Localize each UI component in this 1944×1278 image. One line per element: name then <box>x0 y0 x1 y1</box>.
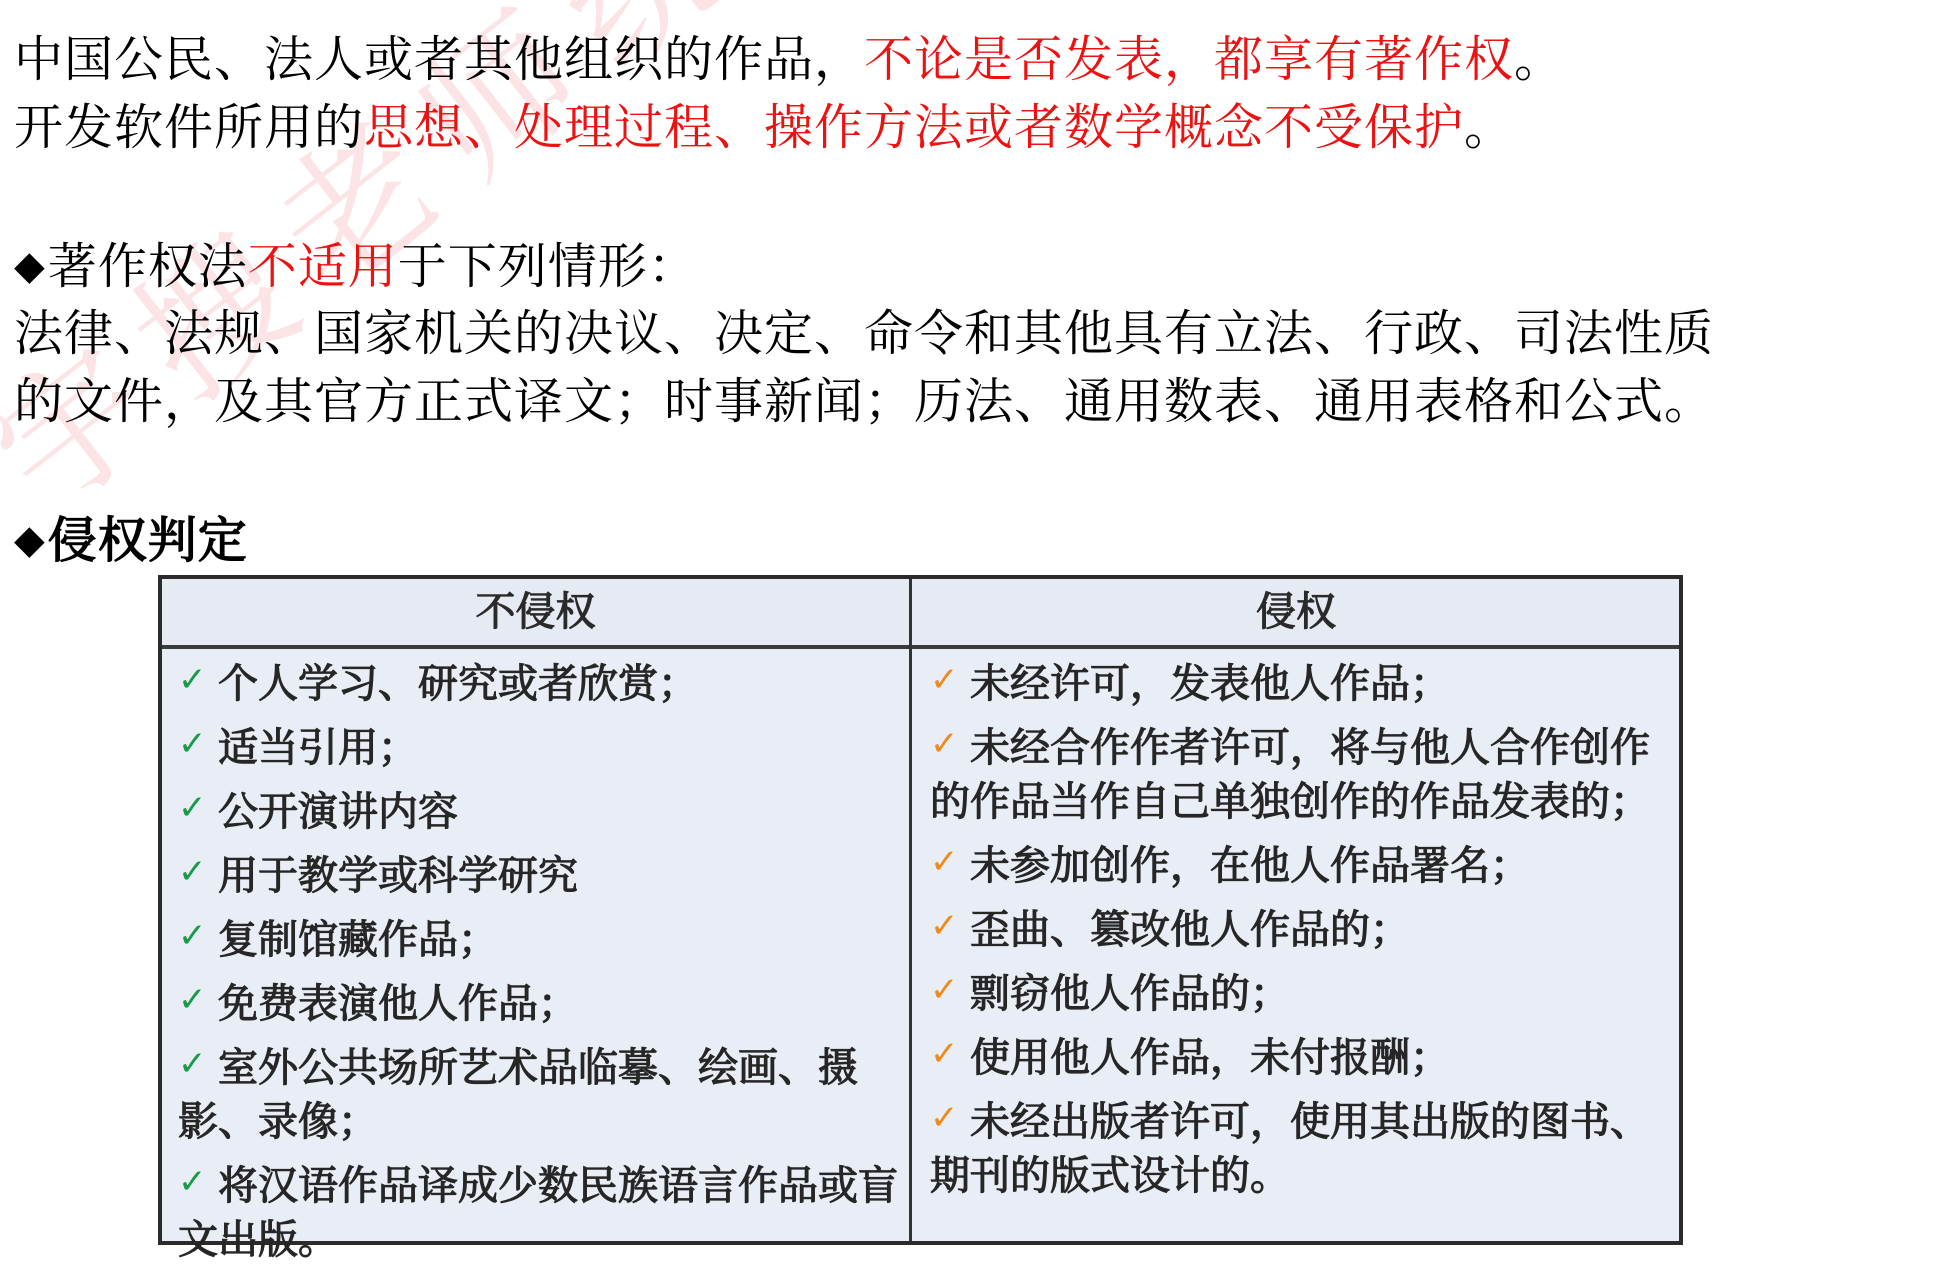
intro-line-2-end: 。 <box>1464 99 1514 156</box>
check-icon: ✓ <box>930 1027 970 1081</box>
list-item: ✓未参加创作，在他人作品署名； <box>930 835 1650 893</box>
intro-line-1-text: 中国公民、法人或者其他组织的作品， <box>14 31 864 88</box>
list-item: ✓歪曲、篡改他人作品的； <box>930 899 1650 957</box>
intro-line-2-text: 开发软件所用的 <box>14 99 364 156</box>
table-header: 不侵权 侵权 <box>162 579 1679 649</box>
list-item: ✓个人学习、研究或者欣赏； <box>178 653 898 711</box>
check-icon: ✓ <box>930 1091 970 1145</box>
not-applicable-body-1: 法律、法规、国家机关的决议、决定、命令和其他具有立法、行政、司法性质 <box>14 304 1714 364</box>
list-item: ✓适当引用； <box>178 717 898 775</box>
column-divider <box>909 579 912 1241</box>
check-icon: ✓ <box>930 899 970 953</box>
list-item: ✓复制馆藏作品； <box>178 909 898 967</box>
intro-line-2: 开发软件所用的思想、处理过程、操作方法或者数学概念不受保护。 <box>14 98 1514 158</box>
intro-line-1-end: 。 <box>1514 31 1564 88</box>
intro-line-2-highlight: 思想、处理过程、操作方法或者数学概念不受保护 <box>364 99 1464 156</box>
heading-suffix: 于下列情形： <box>398 238 698 295</box>
intro-line-1-highlight: 不论是否发表，都享有著作权 <box>864 31 1514 88</box>
list-item: ✓未经合作作者许可，将与他人合作创作的作品当作自己单独创作的作品发表的； <box>930 717 1650 829</box>
list-item: ✓未经出版者许可，使用其出版的图书、期刊的版式设计的。 <box>930 1091 1650 1203</box>
infringement-heading: ◆侵权判定 <box>14 510 248 571</box>
header-infringing: 侵权 <box>913 579 1679 645</box>
heading-highlight: 不适用 <box>248 238 398 295</box>
list-item: ✓公开演讲内容 <box>178 781 898 839</box>
list-item: ✓使用他人作品，未付报酬； <box>930 1027 1650 1085</box>
check-icon: ✓ <box>930 717 970 771</box>
check-icon: ✓ <box>178 845 218 899</box>
intro-line-1: 中国公民、法人或者其他组织的作品，不论是否发表，都享有著作权。 <box>14 30 1564 90</box>
infringing-column: ✓未经许可，发表他人作品； ✓未经合作作者许可，将与他人合作创作的作品当作自己单… <box>930 653 1650 1209</box>
header-not-infringing: 不侵权 <box>162 579 909 645</box>
infringement-heading-text: 侵权判定 <box>48 512 248 569</box>
check-icon: ✓ <box>930 653 970 707</box>
check-icon: ✓ <box>930 835 970 889</box>
check-icon: ✓ <box>178 717 218 771</box>
diamond-bullet-icon: ◆ <box>14 236 46 296</box>
list-item: ✓剽窃他人作品的； <box>930 963 1650 1021</box>
list-item: ✓未经许可，发表他人作品； <box>930 653 1650 711</box>
not-applicable-body-2: 的文件，及其官方正式译文；时事新闻；历法、通用数表、通用表格和公式。 <box>14 372 1714 432</box>
heading-prefix: 著作权法 <box>48 238 248 295</box>
list-item: ✓将汉语作品译成少数民族语言作品或盲文出版。 <box>178 1155 898 1267</box>
list-item: ✓免费表演他人作品； <box>178 973 898 1031</box>
not-infringing-column: ✓个人学习、研究或者欣赏； ✓适当引用； ✓公开演讲内容 ✓用于教学或科学研究 … <box>178 653 898 1273</box>
check-icon: ✓ <box>178 1037 218 1091</box>
diamond-bullet-icon: ◆ <box>14 510 46 570</box>
check-icon: ✓ <box>178 909 218 963</box>
not-applicable-heading: ◆著作权法不适用于下列情形： <box>14 236 698 297</box>
check-icon: ✓ <box>178 781 218 835</box>
list-item: ✓用于教学或科学研究 <box>178 845 898 903</box>
check-icon: ✓ <box>930 963 970 1017</box>
infringement-table: 不侵权 侵权 ✓个人学习、研究或者欣赏； ✓适当引用； ✓公开演讲内容 ✓用于教… <box>158 575 1683 1245</box>
check-icon: ✓ <box>178 653 218 707</box>
check-icon: ✓ <box>178 973 218 1027</box>
check-icon: ✓ <box>178 1155 218 1209</box>
list-item: ✓室外公共场所艺术品临摹、绘画、摄影、录像； <box>178 1037 898 1149</box>
